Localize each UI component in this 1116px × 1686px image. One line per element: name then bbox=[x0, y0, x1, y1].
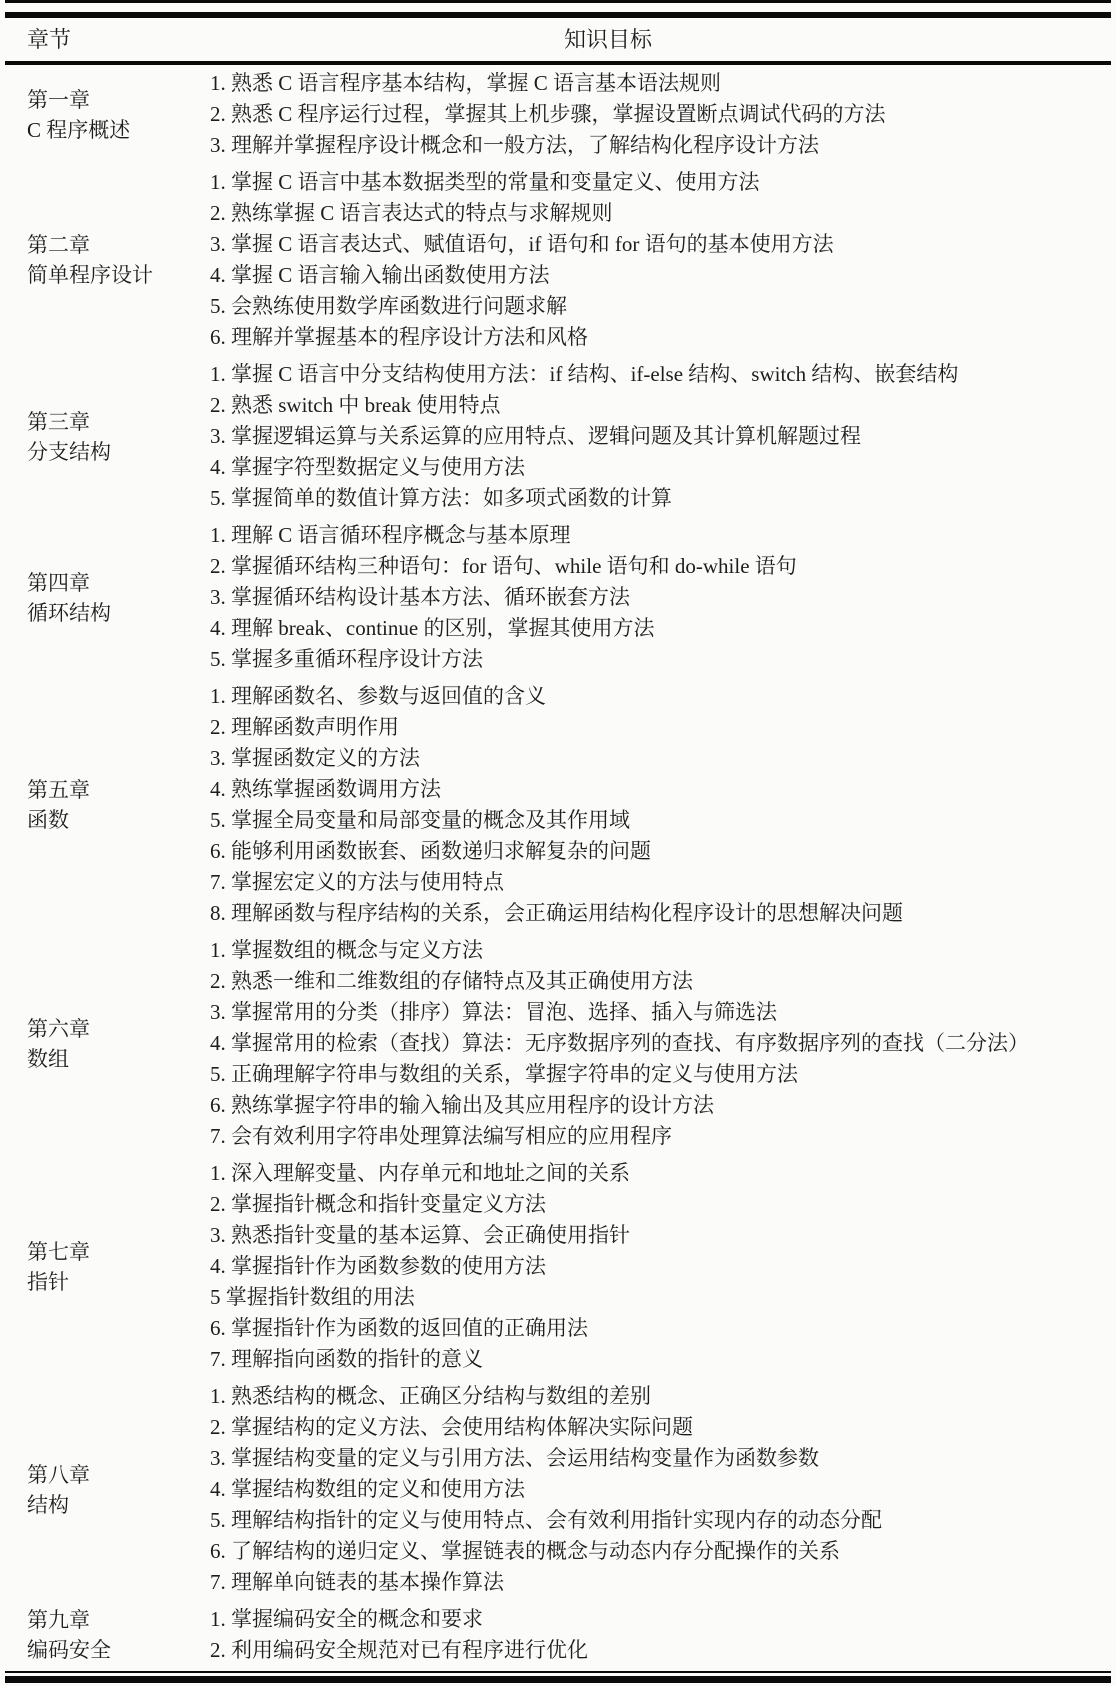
objective-item: 3. 熟悉指针变量的基本运算、会正确使用指针 bbox=[210, 1220, 1107, 1251]
objectives-cell: 1. 熟悉结构的概念、正确区分结构与数组的差别2. 掌握结构的定义方法、会使用结… bbox=[210, 1378, 1111, 1601]
objective-item: 5. 会熟练使用数学库函数进行问题求解 bbox=[210, 291, 1107, 322]
chapter-cell: 第六章 数组 bbox=[5, 932, 210, 1155]
chapter-cell: 第三章 分支结构 bbox=[5, 356, 210, 517]
objective-item: 3. 掌握 C 语言表达式、赋值语句，if 语句和 for 语句的基本使用方法 bbox=[210, 229, 1107, 260]
bottom-rule-thick bbox=[5, 1676, 1111, 1683]
chapter-name: 第一章 bbox=[27, 85, 209, 115]
objective-item: 2. 理解函数声明作用 bbox=[210, 712, 1107, 743]
objective-item: 6. 熟练掌握字符串的输入输出及其应用程序的设计方法 bbox=[210, 1090, 1107, 1121]
objective-item: 2. 熟练掌握 C 语言表达式的特点与求解规则 bbox=[210, 198, 1107, 229]
bottom-rule-thin bbox=[5, 1671, 1111, 1673]
chapter-name: 第六章 bbox=[27, 1014, 209, 1044]
objective-item: 4. 掌握字符型数据定义与使用方法 bbox=[210, 452, 1107, 483]
chapter-row: 第四章 循环结构 1. 理解 C 语言循环程序概念与基本原理2. 掌握循环结构三… bbox=[5, 517, 1111, 678]
chapter-title: 函数 bbox=[27, 805, 209, 835]
header-row: 章节 知识目标 bbox=[5, 18, 1111, 63]
objective-item: 6. 掌握指针作为函数的返回值的正确用法 bbox=[210, 1313, 1107, 1344]
chapter-name: 第四章 bbox=[27, 568, 209, 598]
chapter-cell: 第一章 C 程序概述 bbox=[5, 63, 210, 164]
chapter-row: 第八章 结构 1. 熟悉结构的概念、正确区分结构与数组的差别2. 掌握结构的定义… bbox=[5, 1378, 1111, 1601]
chapter-cell: 第九章 编码安全 bbox=[5, 1601, 210, 1669]
objective-item: 5. 正确理解字符串与数组的关系，掌握字符串的定义与使用方法 bbox=[210, 1059, 1107, 1090]
objective-item: 5. 理解结构指针的定义与使用特点、会有效利用指针实现内存的动态分配 bbox=[210, 1505, 1107, 1536]
objective-item: 7. 掌握宏定义的方法与使用特点 bbox=[210, 867, 1107, 898]
objective-item: 7. 理解指向函数的指针的意义 bbox=[210, 1344, 1107, 1375]
objectives-cell: 1. 熟悉 C 语言程序基本结构，掌握 C 语言基本语法规则2. 熟悉 C 程序… bbox=[210, 63, 1111, 164]
objective-item: 1. 深入理解变量、内存单元和地址之间的关系 bbox=[210, 1158, 1107, 1189]
chapter-title: 编码安全 bbox=[27, 1635, 209, 1665]
objective-item: 5. 掌握简单的数值计算方法：如多项式函数的计算 bbox=[210, 483, 1107, 514]
objectives-cell: 1. 深入理解变量、内存单元和地址之间的关系2. 掌握指针概念和指针变量定义方法… bbox=[210, 1155, 1111, 1378]
objective-item: 4. 掌握结构数组的定义和使用方法 bbox=[210, 1474, 1107, 1505]
objectives-cell: 1. 理解函数名、参数与返回值的含义2. 理解函数声明作用3. 掌握函数定义的方… bbox=[210, 678, 1111, 932]
chapter-title: 循环结构 bbox=[27, 598, 209, 628]
objective-item: 2. 熟悉 switch 中 break 使用特点 bbox=[210, 390, 1107, 421]
chapter-title: 结构 bbox=[27, 1490, 209, 1520]
objective-item: 3. 掌握逻辑运算与关系运算的应用特点、逻辑问题及其计算机解题过程 bbox=[210, 421, 1107, 452]
chapter-title: 简单程序设计 bbox=[27, 260, 209, 290]
chapter-title: C 程序概述 bbox=[27, 115, 209, 145]
chapter-cell: 第二章 简单程序设计 bbox=[5, 164, 210, 356]
chapter-name: 第五章 bbox=[27, 775, 209, 805]
objective-item: 3. 掌握常用的分类（排序）算法：冒泡、选择、插入与筛选法 bbox=[210, 997, 1107, 1028]
chapter-row: 第九章 编码安全 1. 掌握编码安全的概念和要求2. 利用编码安全规范对已有程序… bbox=[5, 1601, 1111, 1669]
chapter-row: 第七章 指针 1. 深入理解变量、内存单元和地址之间的关系2. 掌握指针概念和指… bbox=[5, 1155, 1111, 1378]
objective-item: 4. 理解 break、continue 的区别，掌握其使用方法 bbox=[210, 613, 1107, 644]
objectives-column-header: 知识目标 bbox=[210, 18, 1111, 63]
objective-item: 5. 掌握全局变量和局部变量的概念及其作用域 bbox=[210, 805, 1107, 836]
objective-item: 2. 掌握结构的定义方法、会使用结构体解决实际问题 bbox=[210, 1412, 1107, 1443]
objective-item: 1. 掌握编码安全的概念和要求 bbox=[210, 1604, 1107, 1635]
objective-item: 1. 熟悉结构的概念、正确区分结构与数组的差别 bbox=[210, 1381, 1107, 1412]
objectives-cell: 1. 掌握 C 语言中分支结构使用方法：if 结构、if-else 结构、swi… bbox=[210, 356, 1111, 517]
objective-item: 2. 熟悉 C 程序运行过程，掌握其上机步骤，掌握设置断点调试代码的方法 bbox=[210, 99, 1107, 130]
objective-item: 7. 会有效利用字符串处理算法编写相应的应用程序 bbox=[210, 1121, 1107, 1152]
objective-item: 4. 掌握 C 语言输入输出函数使用方法 bbox=[210, 260, 1107, 291]
chapter-cell: 第四章 循环结构 bbox=[5, 517, 210, 678]
objectives-cell: 1. 理解 C 语言循环程序概念与基本原理2. 掌握循环结构三种语句：for 语… bbox=[210, 517, 1111, 678]
objective-item: 5. 掌握多重循环程序设计方法 bbox=[210, 644, 1107, 675]
objective-item: 2. 利用编码安全规范对已有程序进行优化 bbox=[210, 1635, 1107, 1666]
chapter-name: 第七章 bbox=[27, 1237, 209, 1267]
objective-item: 5 掌握指针数组的用法 bbox=[210, 1282, 1107, 1313]
chapter-title: 指针 bbox=[27, 1267, 209, 1297]
chapter-name: 第二章 bbox=[27, 230, 209, 260]
chapter-row: 第二章 简单程序设计 1. 掌握 C 语言中基本数据类型的常量和变量定义、使用方… bbox=[5, 164, 1111, 356]
chapter-row: 第五章 函数 1. 理解函数名、参数与返回值的含义2. 理解函数声明作用3. 掌… bbox=[5, 678, 1111, 932]
objective-item: 3. 掌握函数定义的方法 bbox=[210, 743, 1107, 774]
knowledge-objectives-table: 章节 知识目标 第一章 C 程序概述 1. 熟悉 C 语言程序基本结构，掌握 C… bbox=[5, 18, 1111, 1669]
objective-item: 2. 熟悉一维和二维数组的存储特点及其正确使用方法 bbox=[210, 966, 1107, 997]
objective-item: 1. 理解函数名、参数与返回值的含义 bbox=[210, 681, 1107, 712]
chapter-column-header: 章节 bbox=[5, 18, 210, 63]
objective-item: 6. 理解并掌握基本的程序设计方法和风格 bbox=[210, 322, 1107, 353]
objective-item: 7. 理解单向链表的基本操作算法 bbox=[210, 1567, 1107, 1598]
objective-item: 3. 掌握结构变量的定义与引用方法、会运用结构变量作为函数参数 bbox=[210, 1443, 1107, 1474]
objectives-cell: 1. 掌握数组的概念与定义方法2. 熟悉一维和二维数组的存储特点及其正确使用方法… bbox=[210, 932, 1111, 1155]
chapter-title: 数组 bbox=[27, 1044, 209, 1074]
chapter-cell: 第七章 指针 bbox=[5, 1155, 210, 1378]
chapter-row: 第六章 数组 1. 掌握数组的概念与定义方法2. 熟悉一维和二维数组的存储特点及… bbox=[5, 932, 1111, 1155]
objective-item: 4. 掌握常用的检索（查找）算法：无序数据序列的查找、有序数据序列的查找（二分法… bbox=[210, 1028, 1107, 1059]
objective-item: 1. 掌握 C 语言中分支结构使用方法：if 结构、if-else 结构、swi… bbox=[210, 359, 1107, 390]
document-page: 章节 知识目标 第一章 C 程序概述 1. 熟悉 C 语言程序基本结构，掌握 C… bbox=[0, 0, 1116, 1686]
chapter-cell: 第八章 结构 bbox=[5, 1378, 210, 1601]
objective-item: 6. 能够利用函数嵌套、函数递归求解复杂的问题 bbox=[210, 836, 1107, 867]
objective-item: 4. 掌握指针作为函数参数的使用方法 bbox=[210, 1251, 1107, 1282]
objective-item: 3. 理解并掌握程序设计概念和一般方法，了解结构化程序设计方法 bbox=[210, 130, 1107, 161]
objective-item: 1. 掌握 C 语言中基本数据类型的常量和变量定义、使用方法 bbox=[210, 167, 1107, 198]
objective-item: 1. 掌握数组的概念与定义方法 bbox=[210, 935, 1107, 966]
objective-item: 4. 熟练掌握函数调用方法 bbox=[210, 774, 1107, 805]
chapter-name: 第三章 bbox=[27, 407, 209, 437]
objective-item: 1. 熟悉 C 语言程序基本结构，掌握 C 语言基本语法规则 bbox=[210, 68, 1107, 99]
chapter-name: 第八章 bbox=[27, 1460, 209, 1490]
objective-item: 6. 了解结构的递归定义、掌握链表的概念与动态内存分配操作的关系 bbox=[210, 1536, 1107, 1567]
objective-item: 2. 掌握循环结构三种语句：for 语句、while 语句和 do-while … bbox=[210, 551, 1107, 582]
chapter-cell: 第五章 函数 bbox=[5, 678, 210, 932]
objective-item: 2. 掌握指针概念和指针变量定义方法 bbox=[210, 1189, 1107, 1220]
objectives-cell: 1. 掌握 C 语言中基本数据类型的常量和变量定义、使用方法2. 熟练掌握 C … bbox=[210, 164, 1111, 356]
chapter-title: 分支结构 bbox=[27, 437, 209, 467]
chapter-row: 第三章 分支结构 1. 掌握 C 语言中分支结构使用方法：if 结构、if-el… bbox=[5, 356, 1111, 517]
objectives-cell: 1. 掌握编码安全的概念和要求2. 利用编码安全规范对已有程序进行优化 bbox=[210, 1601, 1111, 1669]
chapter-row: 第一章 C 程序概述 1. 熟悉 C 语言程序基本结构，掌握 C 语言基本语法规… bbox=[5, 63, 1111, 164]
objective-item: 1. 理解 C 语言循环程序概念与基本原理 bbox=[210, 520, 1107, 551]
objective-item: 3. 掌握循环结构设计基本方法、循环嵌套方法 bbox=[210, 582, 1107, 613]
chapter-name: 第九章 bbox=[27, 1605, 209, 1635]
top-rule-thin bbox=[5, 0, 1111, 3]
objective-item: 8. 理解函数与程序结构的关系，会正确运用结构化程序设计的思想解决问题 bbox=[210, 898, 1107, 929]
